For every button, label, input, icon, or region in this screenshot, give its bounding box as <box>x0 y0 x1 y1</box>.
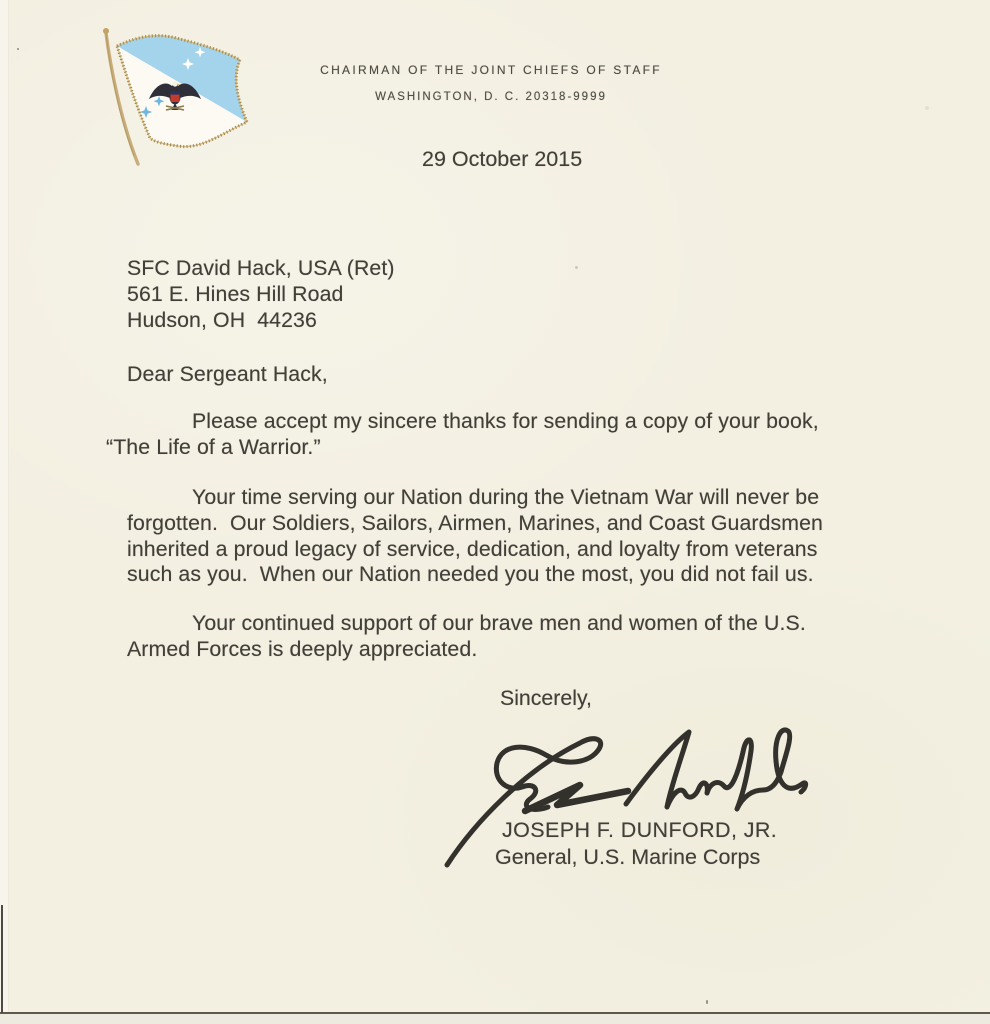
body-paragraph-1: Please accept my sincere thanks for send… <box>106 409 819 461</box>
salutation: Dear Sergeant Hack, <box>127 362 328 388</box>
text-line: Please accept my sincere thanks for send… <box>106 409 819 435</box>
signer-name: JOSEPH F. DUNFORD, JR. <box>502 818 777 843</box>
scan-speck <box>17 48 19 50</box>
text-line: Hudson, OH 44236 <box>127 308 395 334</box>
text-line: forgotten. Our Soldiers, Sailors, Airmen… <box>127 511 823 537</box>
letter-date: 29 October 2015 <box>422 147 582 172</box>
closing: Sincerely, <box>500 686 592 711</box>
text-line: 561 E. Hines Hill Road <box>127 282 395 308</box>
text-line: SFC David Hack, USA (Ret) <box>127 256 395 282</box>
body-paragraph-3: Your continued support of our brave men … <box>127 611 806 663</box>
text-line: such as you. When our Nation needed you … <box>127 562 823 588</box>
body-paragraph-2: Your time serving our Nation during the … <box>127 485 823 588</box>
scan-speck <box>575 266 578 269</box>
scan-speck <box>706 1000 708 1004</box>
flag-finial <box>103 28 109 34</box>
text-line: Your continued support of our brave men … <box>127 611 806 637</box>
scanned-letter: CHAIRMAN OF THE JOINT CHIEFS OF STAFF WA… <box>0 0 990 1024</box>
text-line: “The Life of a Warrior.” <box>106 435 819 461</box>
scan-edge-left <box>1 905 3 1013</box>
recipient-address: SFC David Hack, USA (Ret)561 E. Hines Hi… <box>127 256 395 333</box>
letterhead-address: WASHINGTON, D. C. 20318-9999 <box>0 91 990 103</box>
letterhead-title: CHAIRMAN OF THE JOINT CHIEFS OF STAFF <box>0 63 990 77</box>
signer-title: General, U.S. Marine Corps <box>495 845 760 870</box>
scan-speck <box>925 106 929 110</box>
paper-left-edge <box>0 0 9 1024</box>
text-line: Your time serving our Nation during the … <box>127 485 823 511</box>
text-line: Armed Forces is deeply appreciated. <box>127 637 806 663</box>
scan-margin-bottom <box>0 1014 990 1024</box>
text-line: inherited a proud legacy of service, ded… <box>127 537 823 563</box>
